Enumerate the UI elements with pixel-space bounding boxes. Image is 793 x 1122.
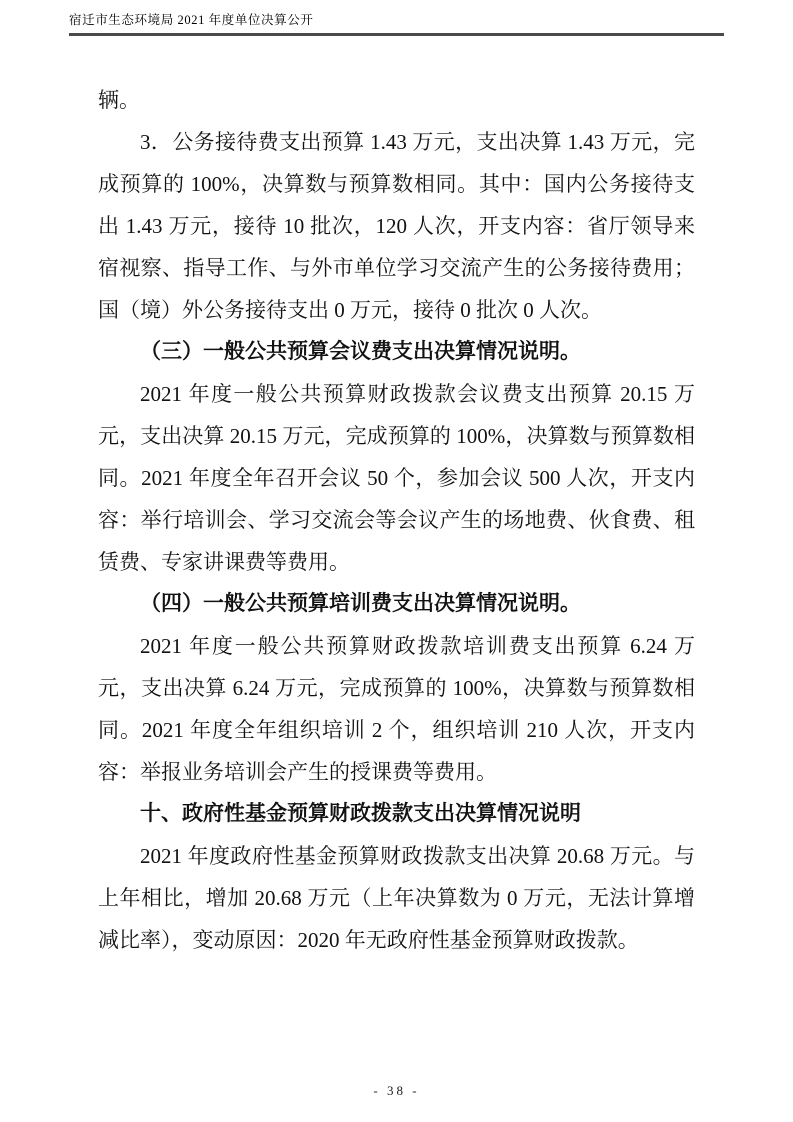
paragraph-continuation: 辆。	[98, 79, 695, 121]
section-heading-meeting-expense: （三）一般公共预算会议费支出决算情况说明。	[98, 331, 695, 373]
page-header: 宿迁市生态环境局 2021 年度单位决算公开	[69, 13, 724, 36]
section-heading-training-expense: （四）一般公共预算培训费支出决算情况说明。	[98, 583, 695, 625]
paragraph-reception-expense: 3．公务接待费支出预算 1.43 万元，支出决算 1.43 万元，完成预算的 1…	[98, 121, 695, 331]
paragraph-training-expense: 2021 年度一般公共预算财政拨款培训费支出预算 6.24 万元，支出决算 6.…	[98, 625, 695, 793]
section-heading-government-fund: 十、政府性基金预算财政拨款支出决算情况说明	[98, 793, 695, 835]
page-footer: - 38 -	[0, 1083, 793, 1099]
paragraph-government-fund: 2021 年度政府性基金预算财政拨款支出决算 20.68 万元。与上年相比，增加…	[98, 835, 695, 961]
document-page: 宿迁市生态环境局 2021 年度单位决算公开 辆。 3．公务接待费支出预算 1.…	[0, 0, 793, 1122]
paragraph-meeting-expense: 2021 年度一般公共预算财政拨款会议费支出预算 20.15 万元，支出决算 2…	[98, 373, 695, 583]
page-number: - 38 -	[373, 1083, 419, 1098]
document-body: 辆。 3．公务接待费支出预算 1.43 万元，支出决算 1.43 万元，完成预算…	[98, 79, 695, 961]
header-title: 宿迁市生态环境局 2021 年度单位决算公开	[69, 13, 313, 27]
